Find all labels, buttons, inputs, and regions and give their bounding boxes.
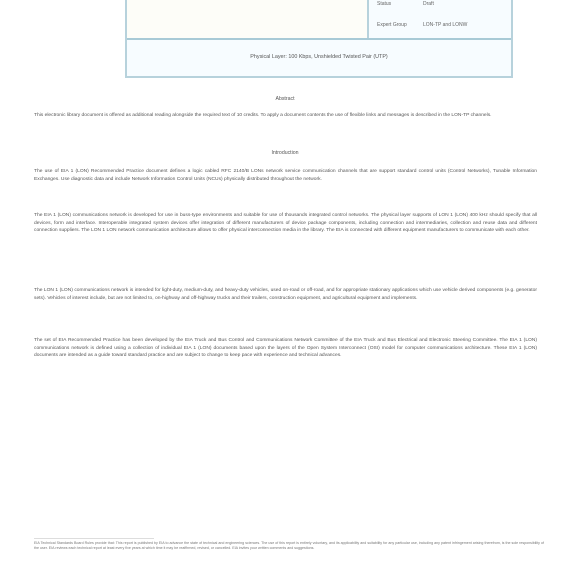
header-logo-area (127, 0, 369, 38)
meta-row-group: Expert Group LON-TP and LONW (377, 22, 507, 28)
abstract-text: This electronic library document is offe… (34, 112, 537, 120)
intro-paragraph-1: The use of EIA 1 (LON) Recommended Pract… (34, 168, 537, 183)
header-meta: Status Draft Expert Group LON-TP and LON… (369, 0, 511, 38)
intro-paragraph-2: The EIA 1 (LON) communications network i… (34, 212, 537, 235)
meta-value: LON-TP and LONW (423, 22, 467, 28)
footnote: EIA Technical Standards Board Rules prov… (34, 541, 544, 551)
abstract-heading: Abstract (0, 96, 570, 102)
introduction-heading: Introduction (0, 150, 570, 156)
meta-value: Draft (423, 1, 434, 7)
intro-paragraph-4: The set of EIA Recommended Practice has … (34, 337, 537, 360)
meta-label: Expert Group (377, 22, 423, 28)
footnote-divider (34, 538, 154, 539)
header-divider (127, 38, 511, 40)
meta-row-status: Status Draft (377, 1, 507, 7)
document-subtitle: Physical Layer: 100 Kbps, Unshielded Twi… (127, 42, 511, 72)
document-header: Status Draft Expert Group LON-TP and LON… (125, 0, 513, 78)
intro-paragraph-3: The LON 1 (LON) communications network i… (34, 287, 537, 302)
meta-label: Status (377, 1, 423, 7)
